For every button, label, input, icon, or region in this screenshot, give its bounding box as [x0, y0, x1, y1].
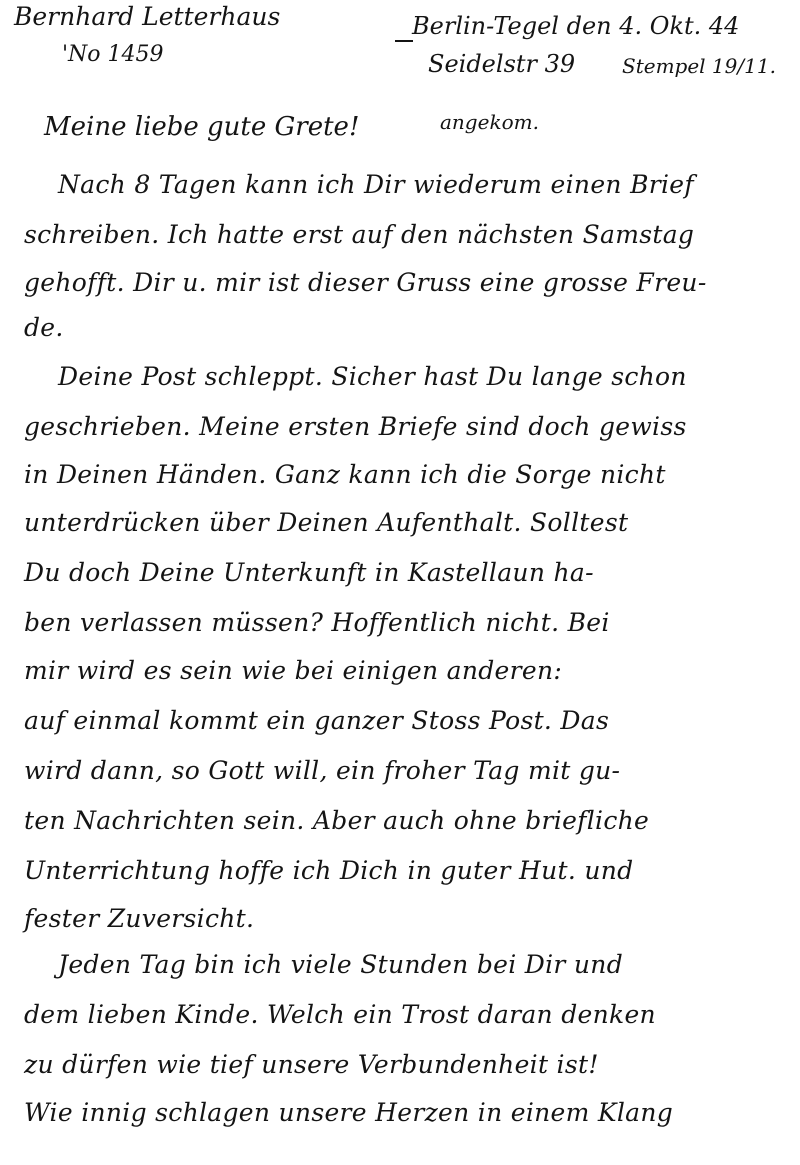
letter-line: Wie innig schlagen unsere Herzen in eine…	[24, 1098, 673, 1127]
letter-line: ben verlassen müssen? Hoffentlich nicht.…	[24, 608, 610, 637]
letter-line: de.	[24, 313, 64, 342]
place-date: Berlin-Tegel den 4. Okt. 44	[412, 12, 739, 40]
letter-line: Du doch Deine Unterkunft in Kastellaun h…	[24, 558, 594, 587]
letter-line: zu dürfen wie tief unsere Verbundenheit …	[24, 1050, 599, 1079]
letter-line: fester Zuversicht.	[24, 904, 254, 933]
letter-line: Jeden Tag bin ich viele Stunden bei Dir …	[58, 950, 623, 979]
dash-mark	[395, 40, 413, 42]
salutation: Meine liebe gute Grete!	[44, 112, 359, 142]
letter-line: Deine Post schleppt. Sicher hast Du lang…	[58, 362, 687, 391]
letter-line: mir wird es sein wie bei einigen anderen…	[24, 656, 562, 685]
letter-line: Nach 8 Tagen kann ich Dir wiederum einen…	[58, 170, 694, 199]
sender-number: 'No 1459	[62, 42, 164, 67]
letter-line: dem lieben Kinde. Welch ein Trost daran …	[24, 1000, 656, 1029]
letter-line: gehofft. Dir u. mir ist dieser Gruss ein…	[24, 268, 707, 297]
letter-line: auf einmal kommt ein ganzer Stoss Post. …	[24, 706, 609, 735]
letter-line: Unterrichtung hoffe ich Dich in guter Hu…	[24, 856, 633, 885]
letter-line: schreiben. Ich hatte erst auf den nächst…	[24, 220, 694, 249]
letter-line: unterdrücken über Deinen Aufenthalt. Sol…	[24, 508, 628, 537]
letter-line: ten Nachrichten sein. Aber auch ohne bri…	[24, 806, 649, 835]
letter-line: wird dann, so Gott will, ein froher Tag …	[24, 756, 620, 785]
sender-name: Bernhard Letterhaus	[14, 2, 280, 31]
letter-line: geschrieben. Meine ersten Briefe sind do…	[24, 412, 687, 441]
address: Seidelstr 39	[428, 50, 575, 78]
received-note: angekom.	[440, 110, 539, 134]
letter-line: in Deinen Händen. Ganz kann ich die Sorg…	[24, 460, 666, 489]
stamp-note: Stempel 19/11.	[622, 54, 776, 78]
